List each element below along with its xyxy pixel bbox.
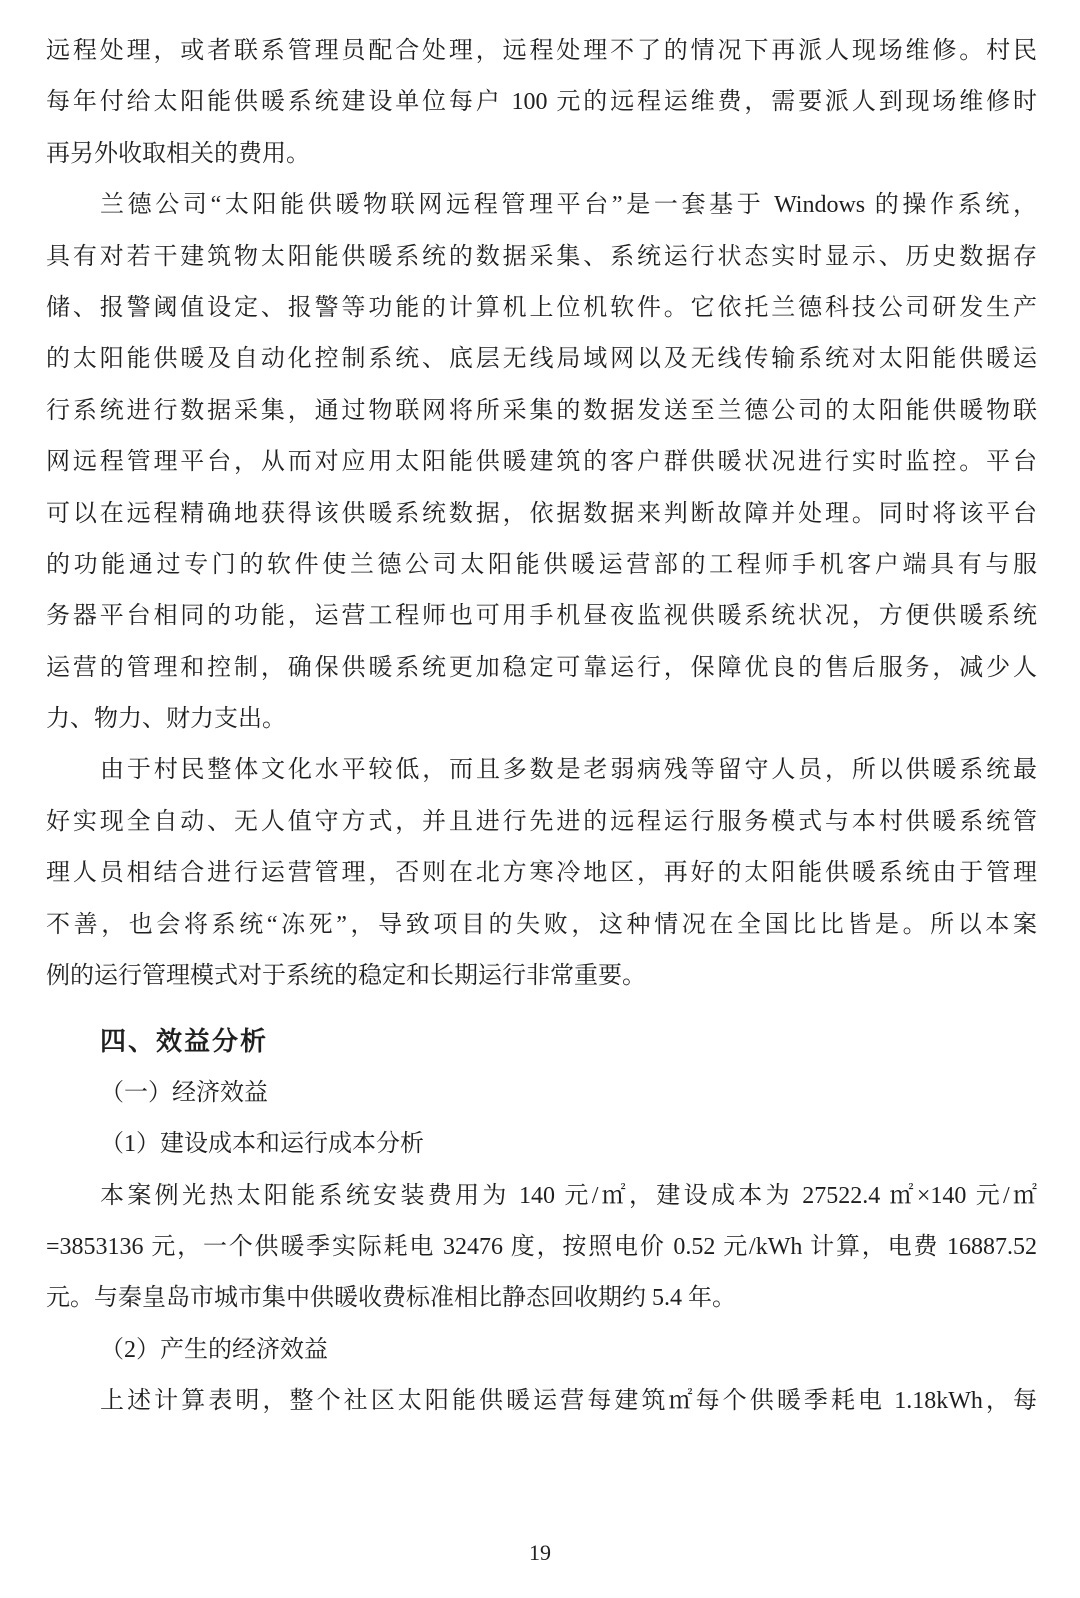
text-line: 运营的管理和控制，确保供暖系统更加稳定可靠运行，保障优良的售后服务，减少人 [46,643,1037,694]
text-line: 再另外收取相关的费用。 [46,129,1037,180]
text-line: 务器平台相同的功能，运营工程师也可用手机昼夜监视供暖系统状况，方便供暖系统 [46,591,1037,642]
document-page: 远程处理，或者联系管理员配合处理，远程处理不了的情况下再派人现场维修。村民每年付… [0,0,1080,1598]
page-number: 19 [0,1540,1080,1566]
text-line: 力、物力、财力支出。 [46,694,1037,745]
text-line: 可以在远程精确地获得该供暖系统数据，依据数据来判断故障并处理。同时将该平台 [46,489,1037,540]
text-line: 不善，也会将系统“冻死”，导致项目的失败，这种情况在全国比比皆是。所以本案 [46,900,1037,951]
text-line: 网远程管理平台，从而对应用太阳能供暖建筑的客户群供暖状况进行实时监控。平台 [46,437,1037,488]
text-line: （1）建设成本和运行成本分析 [46,1119,1037,1170]
text-line: （一）经济效益 [46,1068,1037,1119]
text-line: 元。与秦皇岛市城市集中供暖收费标准相比静态回收期约 5.4 年。 [46,1273,1037,1324]
text-line: 储、报警阈值设定、报警等功能的计算机上位机软件。它依托兰德科技公司研发生产 [46,283,1037,334]
text-line: 例的运行管理模式对于系统的稳定和长期运行非常重要。 [46,951,1037,1002]
text-line: 上述计算表明，整个社区太阳能供暖运营每建筑㎡每个供暖季耗电 1.18kWh，每 [46,1376,1037,1427]
document-body: 远程处理，或者联系管理员配合处理，远程处理不了的情况下再派人现场维修。村民每年付… [46,26,1037,1428]
text-line: 行系统进行数据采集，通过物联网将所采集的数据发送至兰德公司的太阳能供暖物联 [46,386,1037,437]
text-line: 好实现全自动、无人值守方式，并且进行先进的远程运行服务模式与本村供暖系统管 [46,797,1037,848]
section-heading: 四、效益分析 [46,1016,1037,1067]
text-line: 本案例光热太阳能系统安装费用为 140 元/㎡，建设成本为 27522.4 ㎡×… [46,1171,1037,1222]
text-line: （2）产生的经济效益 [46,1325,1037,1376]
text-line: 具有对若干建筑物太阳能供暖系统的数据采集、系统运行状态实时显示、历史数据存 [46,232,1037,283]
text-line: 理人员相结合进行运营管理，否则在北方寒冷地区，再好的太阳能供暖系统由于管理 [46,848,1037,899]
text-line: 的太阳能供暖及自动化控制系统、底层无线局域网以及无线传输系统对太阳能供暖运 [46,334,1037,385]
text-line: 远程处理，或者联系管理员配合处理，远程处理不了的情况下再派人现场维修。村民 [46,26,1037,77]
text-line: =3853136 元，一个供暖季实际耗电 32476 度，按照电价 0.52 元… [46,1222,1037,1273]
text-line: 每年付给太阳能供暖系统建设单位每户 100 元的远程运维费，需要派人到现场维修时 [46,77,1037,128]
text-line: 兰德公司“太阳能供暖物联网远程管理平台”是一套基于 Windows 的操作系统， [46,180,1037,231]
text-line: 由于村民整体文化水平较低，而且多数是老弱病残等留守人员，所以供暖系统最 [46,745,1037,796]
text-line: 的功能通过专门的软件使兰德公司太阳能供暖运营部的工程师手机客户端具有与服 [46,540,1037,591]
